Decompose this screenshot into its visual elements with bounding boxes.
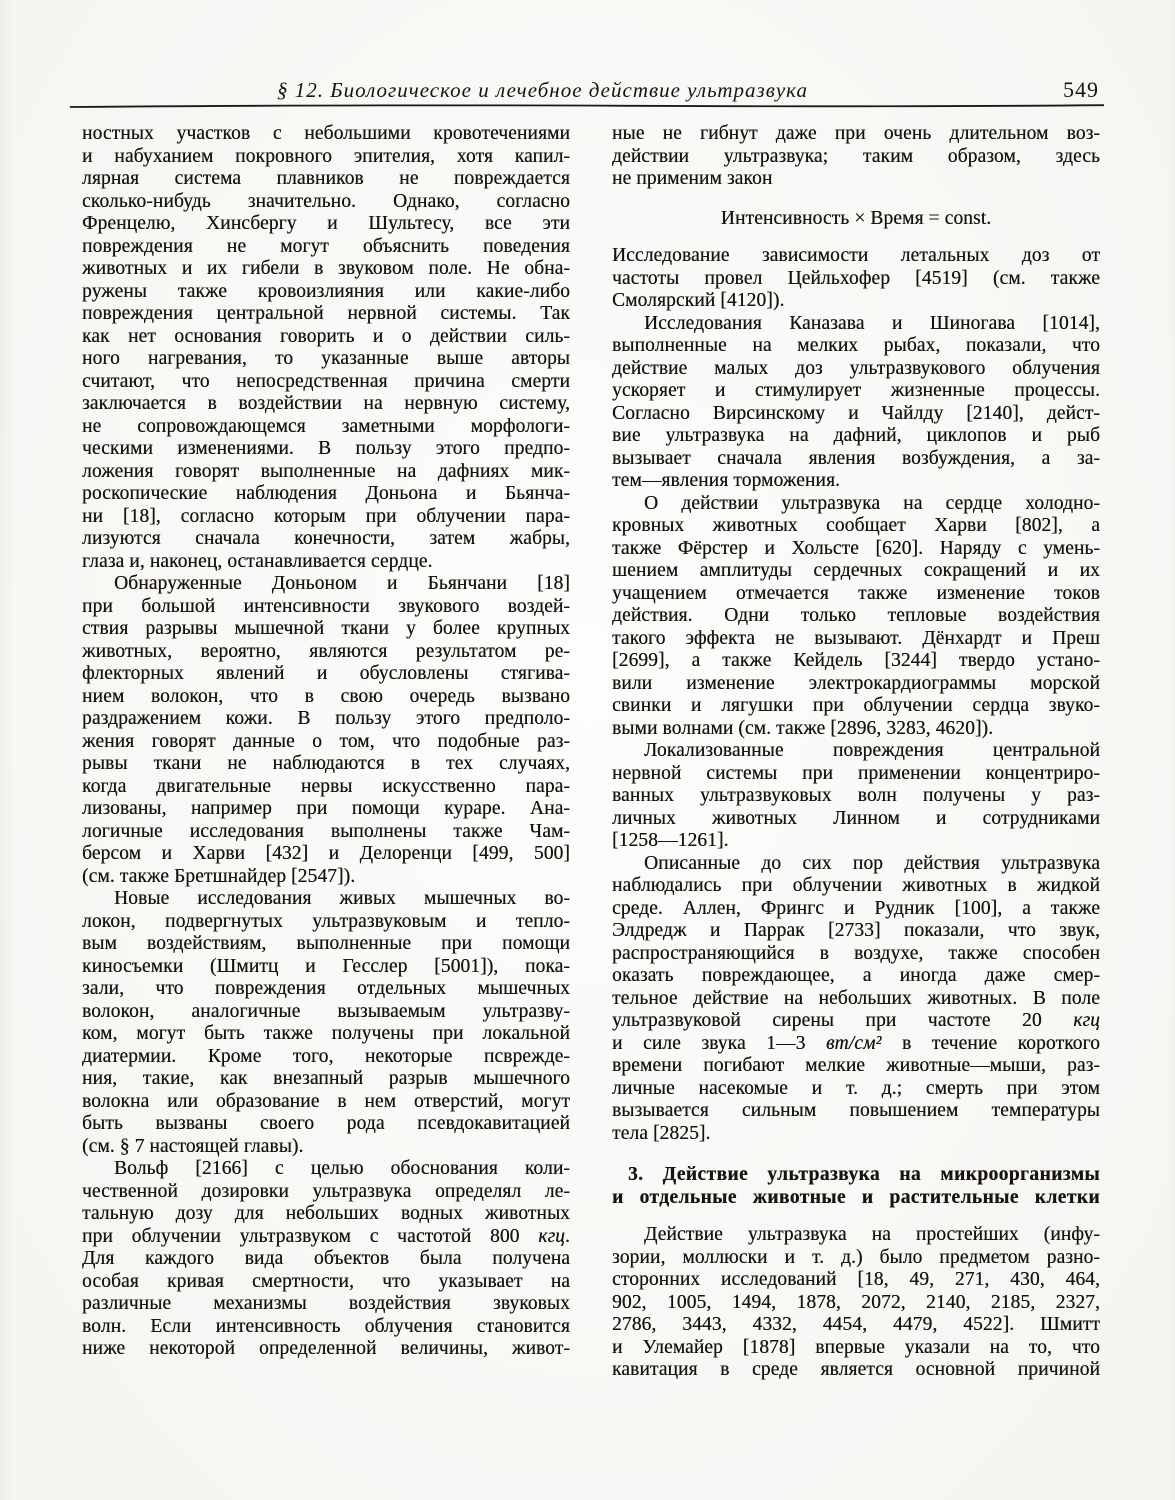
text-line: личных животных Линном и сотрудниками [612, 808, 1100, 831]
text-line: выми волнами (см. также [2896, 3283, 462… [612, 718, 1100, 741]
text-line: повреждения центральной нервной системы.… [82, 303, 570, 326]
text-line: волокон, аналогичные вызываемым ультразв… [82, 1001, 570, 1024]
text-line: 902, 1005, 1494, 1878, 2072, 2140, 2185,… [612, 1292, 1100, 1315]
text-line: берсом и Харви [432] и Делоренци [499, 5… [82, 843, 570, 866]
text-line: Описанные до сих пор действия ультразвук… [612, 853, 1100, 876]
text-line: ультразвуковой сирены при частоте 20 кгц [612, 1010, 1100, 1033]
text-line: лизованы, например при помощи кураре. Ан… [82, 798, 570, 821]
text-line: выполненные на мелких рыбах, показали, ч… [612, 335, 1100, 358]
text-line: вызывается сильным повышением температур… [612, 1100, 1100, 1123]
text-line: действии ультразвука; таким образом, зде… [612, 146, 1100, 169]
running-header-title: § 12. Биологическое и лечебное действие … [72, 78, 1013, 103]
text-line: зории, моллюски и т. д.) было предметом … [612, 1247, 1100, 1270]
text-line: заключается в воздействии на нервную сис… [82, 393, 570, 416]
text-line: ческими изменениями. В пользу этого пред… [82, 438, 570, 461]
text-line: (см. § 7 настоящей главы). [82, 1136, 570, 1159]
text-line: действие малых доз ультразвукового облуч… [612, 358, 1100, 381]
text-segment: и силе звука 1—3 [612, 1033, 826, 1054]
text-line: (см. также Бретшнайдер [2547]). [82, 866, 570, 889]
text-line: вили изменение электрокардиограммы морск… [612, 673, 1100, 696]
text-line: и набуханием покровного эпителия, хотя к… [82, 146, 570, 169]
text-line: 3. Действие ультразвука на микроорганизм… [612, 1164, 1100, 1187]
text-line: и отдельные животные и растительные клет… [612, 1187, 1100, 1210]
text-line: ностных участков с небольшими кровотечен… [82, 123, 570, 146]
text-line: ускоряет и стимулирует жизненные процесс… [612, 380, 1100, 403]
text-line: при облучении ультразвуком с частотой 80… [82, 1226, 570, 1249]
text-line: когда двигательные нервы искусственно па… [82, 776, 570, 799]
text-line: ные не гибнут даже при очень длительном … [612, 123, 1100, 146]
text-line: волокна или образование в нем отверстий,… [82, 1091, 570, 1114]
text-line: О действии ультразвука на сердце холодно… [612, 493, 1100, 516]
text-line: Обнаруженные Доньоном и Бьянчани [18] [82, 573, 570, 596]
text-line: глаза и, наконец, останавливается сердце… [82, 551, 570, 574]
text-line: [1258—1261]. [612, 830, 1100, 853]
text-line: такого эффекта не вызывают. Дёнхардт и П… [612, 628, 1100, 651]
text-line: учащением отмечается также изменение ток… [612, 583, 1100, 606]
text-line: как нет основания говорить и о действии … [82, 326, 570, 349]
text-line: Исследование зависимости летальных доз о… [612, 245, 1100, 268]
text-line: времени погибают мелкие животные—мыши, р… [612, 1055, 1100, 1078]
text-line: лярная система плавников не повреждается [82, 168, 570, 191]
text-line: ванных ультразвуковых волн получены у ра… [612, 785, 1100, 808]
text-line: не сопровождающемся заметными морфологи- [82, 416, 570, 439]
text-line: сколько-нибудь значительно. Однако, согл… [82, 191, 570, 214]
italic-text: кгц [1073, 1010, 1100, 1031]
text-line: не применим закон [612, 168, 1100, 191]
text-line: животных и их гибели в звуковом поле. Не… [82, 258, 570, 281]
italic-text: вт/см² [826, 1033, 882, 1054]
text-line: животных, вероятно, являются результатом… [82, 641, 570, 664]
text-line: Смолярский [4120]). [612, 290, 1100, 313]
text-line: Новые исследования живых мышечных во- [82, 888, 570, 911]
text-line: шением амплитуды сердечных сокращений и … [612, 560, 1100, 583]
text-line: частоты провел Цейльхофер [4519] (см. та… [612, 268, 1100, 291]
text-line: рывы ткани не наблюдаются в тех случаях, [82, 753, 570, 776]
scanned-page: § 12. Биологическое и лечебное действие … [0, 0, 1175, 1500]
text-line: киносъемки (Шмитц и Гесслер [5001]), пок… [82, 956, 570, 979]
text-line: локон, подвергнутых ультразвуковым и теп… [82, 911, 570, 934]
text-line: ружены также кровоизлияния или какие-либ… [82, 281, 570, 304]
text-line: среде. Аллен, Фрингс и Рудник [100], а т… [612, 898, 1100, 921]
text-line: диатермии. Кроме того, некоторые псврежд… [82, 1046, 570, 1069]
text-line: тельное действие на небольших животных. … [612, 988, 1100, 1011]
text-line: Действие ультразвука на простейших (инфу… [612, 1224, 1100, 1247]
text-line: ложения говорят выполненные на дафниях м… [82, 461, 570, 484]
text-line: тальную дозу для небольших водных животн… [82, 1203, 570, 1226]
text-line: нием волокон, что в свою очередь вызвано [82, 686, 570, 709]
text-line: Элдредж и Паррак [2733] показали, что зв… [612, 920, 1100, 943]
text-line: быть вызваны своего рода псевдокавитацие… [82, 1113, 570, 1136]
text-line: Исследования Каназава и Шиногава [1014], [612, 313, 1100, 336]
text-line: тела [2825]. [612, 1123, 1100, 1146]
text-line: чественной дозировки ультразвука определ… [82, 1181, 570, 1204]
text-line: кровных животных сообщает Харви [802], а [612, 515, 1100, 538]
text-line: зали, что повреждения отдельных мышечных [82, 978, 570, 1001]
text-line: Вольф [2166] с целью обоснования коли- [82, 1158, 570, 1181]
text-line: ния, такие, как внезапный разрыв мышечно… [82, 1068, 570, 1091]
text-line: Согласно Вирсинскому и Чайлду [2140], де… [612, 403, 1100, 426]
text-line: лизуются сначала конечности, затем жабры… [82, 528, 570, 551]
text-line: сторонних исследований [18, 49, 271, 430… [612, 1269, 1100, 1292]
text-line: ком, могут быть также получены при локал… [82, 1023, 570, 1046]
text-line: Локализованные повреждения центральной [612, 740, 1100, 763]
text-line: Интенсивность × Время = const. [612, 208, 1100, 231]
italic-text: кгц [538, 1226, 565, 1247]
text-line: тем—явления торможения. [612, 470, 1100, 493]
text-line: жения говорят данные о том, что подобные… [82, 731, 570, 754]
text-line: логичные исследования выполнены также Ча… [82, 821, 570, 844]
text-line: личные насекомые и т. д.; смерть при это… [612, 1078, 1100, 1101]
text-segment: ультразвуковой сирены при частоте 20 [612, 1010, 1073, 1031]
text-line: вым воздействиям, выполненные при помощи [82, 933, 570, 956]
text-line: ни [18], согласно которым при облучении … [82, 506, 570, 529]
text-line: роскопические наблюдения Доньона и Бьянч… [82, 483, 570, 506]
text-line: раздражением кожи. В пользу этого предпо… [82, 708, 570, 731]
page-number: 549 [1063, 77, 1099, 103]
text-line: флекторных явлений и обусловлены стягива… [82, 663, 570, 686]
text-line: наблюдались при облучении животных в жид… [612, 875, 1100, 898]
text-line: распространяющийся в воздухе, также спос… [612, 943, 1100, 966]
text-line: кавитация в среде является основной прич… [612, 1359, 1100, 1382]
text-line: действия. Одни только тепловые воздейств… [612, 605, 1100, 628]
text-line: [2699], а также Кейдель [3244] твердо ус… [612, 650, 1100, 673]
text-line: различные механизмы воздействия звуковых [82, 1293, 570, 1316]
text-line: и Улемайер [1878] впервые указали на то,… [612, 1337, 1100, 1360]
text-line: нервной системы при применении концентри… [612, 763, 1100, 786]
column-left: ностных участков с небольшими кровотечен… [82, 123, 570, 1361]
text-line: вие ультразвука на дафний, циклопов и ры… [612, 425, 1100, 448]
text-line: ного нагревания, то указанные выше автор… [82, 348, 570, 371]
text-line: и силе звука 1—3 вт/см² в течение коротк… [612, 1033, 1100, 1056]
text-line: при большой интенсивности звукового возд… [82, 596, 570, 619]
running-header: § 12. Биологическое и лечебное действие … [72, 78, 1103, 104]
text-segment: при облучении ультразвуком с частотой 80… [82, 1226, 538, 1247]
text-line: ствия разрывы мышечной ткани у более кру… [82, 618, 570, 641]
text-line: также Фёрстер и Хольсте [620]. Наряду с … [612, 538, 1100, 561]
text-line: считают, что непосредственная причина см… [82, 371, 570, 394]
text-segment: в течение короткого [881, 1033, 1100, 1054]
text-line: особая кривая смертности, что указывает … [82, 1271, 570, 1294]
column-right: ные не гибнут даже при очень длительном … [612, 123, 1100, 1382]
text-line: волн. Если интенсивность облучения стано… [82, 1316, 570, 1339]
text-line: ниже некоторой определенной величины, жи… [82, 1338, 570, 1361]
text-segment: . [565, 1226, 570, 1247]
text-line: свинки и лягушки при облучении сердца зв… [612, 695, 1100, 718]
text-line: 2786, 3443, 4332, 4454, 4479, 4522]. Шми… [612, 1314, 1100, 1337]
header-rule [70, 104, 1104, 108]
text-line: повреждения не могут объяснить поведения [82, 236, 570, 259]
text-line: вызывает сначала явления возбуждения, а … [612, 448, 1100, 471]
text-line: оказать повреждающее, а иногда даже смер… [612, 965, 1100, 988]
text-line: Для каждого вида объектов была получена [82, 1248, 570, 1271]
text-line: Френцелю, Хинсбергу и Шультесу, все эти [82, 213, 570, 236]
